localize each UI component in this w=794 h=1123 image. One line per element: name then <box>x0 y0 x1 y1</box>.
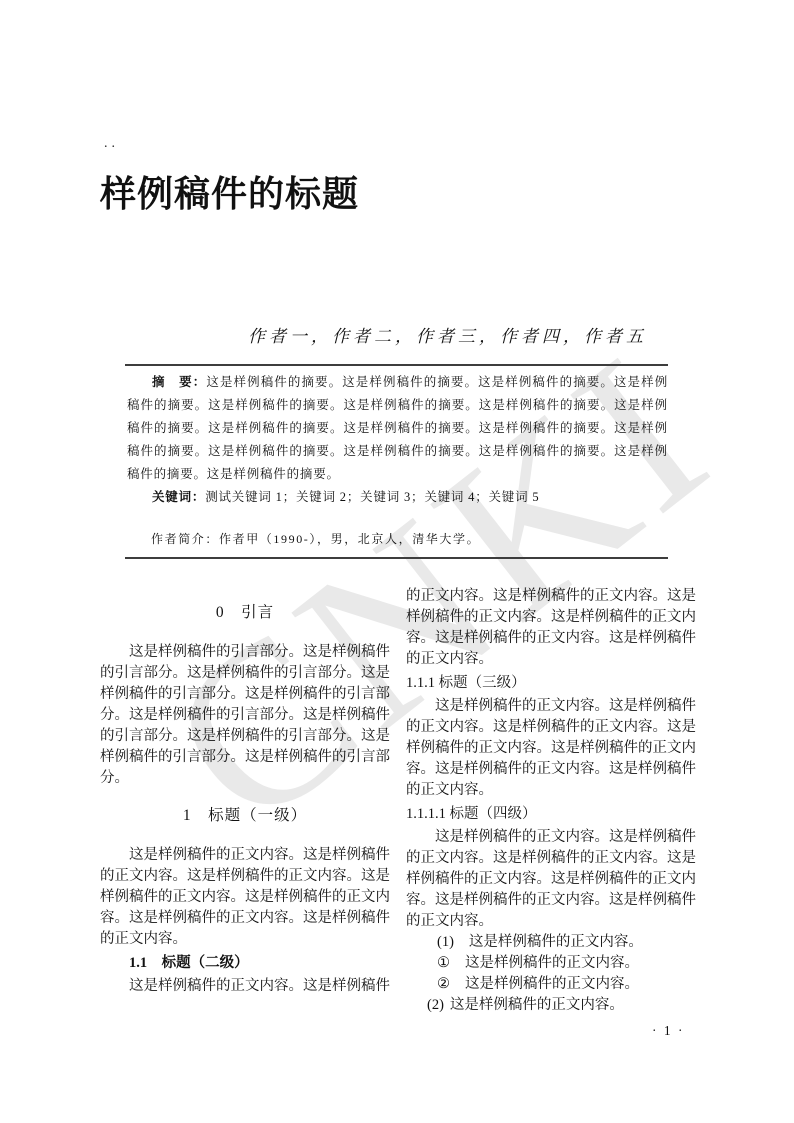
keywords-line: 关键词：测试关键词 1；关键词 2；关键词 3；关键词 4；关键词 5 <box>127 486 668 509</box>
abstract-text: 这是样例稿件的摘要。这是样例稿件的摘要。这是样例稿件的摘要。这是样例稿件的摘要。… <box>127 375 668 481</box>
article-title: 样例稿件的标题 <box>100 166 359 217</box>
heading-introduction: 0 引言 <box>100 602 390 624</box>
authors-line: 作者一，作者二，作者三，作者四，作者五 <box>248 322 647 347</box>
section-1-1-paragraph-start: 这是样例稿件的正文内容。这是样例稿件 <box>100 976 390 997</box>
abstract-label: 摘 要： <box>152 375 206 389</box>
heading-level-4: 1.1.1.1 标题（四级） <box>406 804 696 825</box>
body-columns: 0 引言 这是样例稿件的引言部分。这是样例稿件的引言部分。这是样例稿件的引言部分… <box>100 586 696 1016</box>
abstract-rule-top <box>125 364 668 366</box>
section-1-1-1-1-paragraph: 这是样例稿件的正文内容。这是样例稿件的正文内容。这是样例稿件的正文内容。这是样例… <box>406 827 696 932</box>
section-1-paragraph: 这是样例稿件的正文内容。这是样例稿件的正文内容。这是样例稿件的正文内容。这是样例… <box>100 845 390 950</box>
front-matter: 摘 要：这是样例稿件的摘要。这是样例稿件的摘要。这是样例稿件的摘要。这是样例稿件… <box>127 371 668 551</box>
manuscript-page: CNKI .. 样例稿件的标题 作者一，作者二，作者三，作者四，作者五 摘 要：… <box>0 0 794 1123</box>
column-left: 0 引言 这是样例稿件的引言部分。这是样例稿件的引言部分。这是样例稿件的引言部分… <box>100 586 390 1016</box>
list-text: 这是样例稿件的正文内容。 <box>450 997 624 1013</box>
heading-level-3: 1.1.1 标题（三级） <box>406 673 696 694</box>
list-text: 这是样例稿件的正文内容。 <box>469 934 643 950</box>
list-item: (2)这是样例稿件的正文内容。 <box>406 995 696 1016</box>
heading-level-2: 1.1 标题（二级） <box>100 953 390 974</box>
section-1-1-paragraph-continuation: 的正文内容。这是样例稿件的正文内容。这是样例稿件的正文内容。这是样例稿件的正文内… <box>406 586 696 670</box>
list-item: (1)这是样例稿件的正文内容。 <box>406 932 696 953</box>
author-bio: 作者简介：作者甲（1990-），男，北京人，清华大学。 <box>127 528 668 551</box>
column-right: 的正文内容。这是样例稿件的正文内容。这是样例稿件的正文内容。这是样例稿件的正文内… <box>406 586 696 1016</box>
abstract-rule-bottom <box>125 557 668 559</box>
list-marker: (2) <box>427 995 444 1016</box>
section-1-1-1-paragraph: 这是样例稿件的正文内容。这是样例稿件的正文内容。这是样例稿件的正文内容。这是样例… <box>406 696 696 801</box>
corner-dots: .. <box>104 136 119 152</box>
list-marker: (1) <box>437 932 454 953</box>
list-item: ②这是样例稿件的正文内容。 <box>406 974 696 995</box>
heading-level-1: 1 标题（一级） <box>100 805 390 827</box>
list-text: 这是样例稿件的正文内容。 <box>465 955 639 971</box>
keywords-label: 关键词： <box>152 490 205 504</box>
list-text: 这是样例稿件的正文内容。 <box>465 976 639 992</box>
introduction-paragraph: 这是样例稿件的引言部分。这是样例稿件的引言部分。这是样例稿件的引言部分。这是样例… <box>100 642 390 789</box>
list-marker: ① <box>437 953 450 974</box>
list-item: ①这是样例稿件的正文内容。 <box>406 953 696 974</box>
keywords-text: 测试关键词 1；关键词 2；关键词 3；关键词 4；关键词 5 <box>205 490 539 504</box>
page-content: .. 样例稿件的标题 作者一，作者二，作者三，作者四，作者五 摘 要：这是样例稿… <box>0 0 794 1123</box>
abstract-paragraph: 摘 要：这是样例稿件的摘要。这是样例稿件的摘要。这是样例稿件的摘要。这是样例稿件… <box>127 371 668 486</box>
list-marker: ② <box>437 974 450 995</box>
page-number: · 1 · <box>652 1023 685 1039</box>
